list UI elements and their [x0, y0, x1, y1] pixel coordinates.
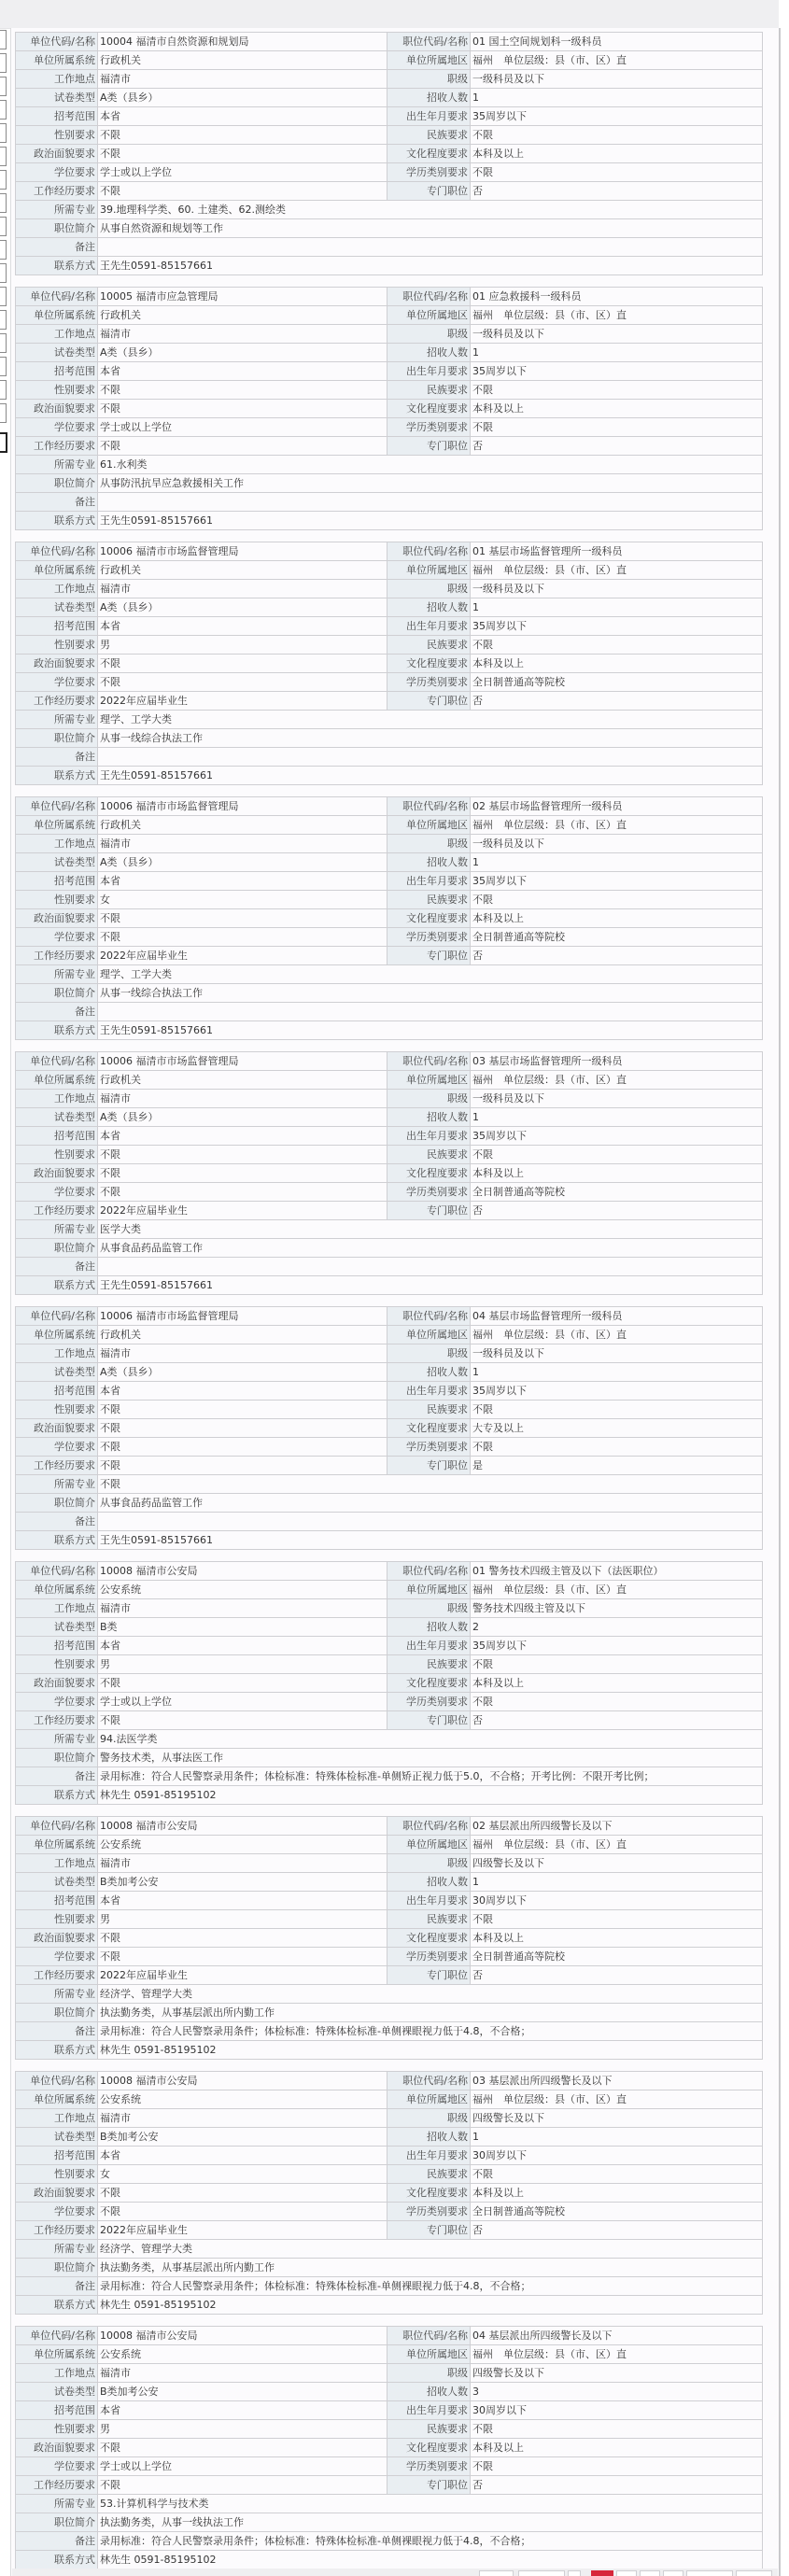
intro-value: 从事一线综合执法工作 — [98, 984, 763, 1003]
label-degree: 学位要求 — [16, 2203, 98, 2221]
label-position: 职位代码/名称 — [387, 2072, 471, 2090]
row-checkbox[interactable] — [0, 147, 7, 166]
label-location: 工作地点 — [16, 1599, 98, 1618]
label-education: 文化程度要求 — [387, 400, 471, 418]
page-button[interactable] — [663, 2570, 683, 2576]
row-checkbox[interactable] — [0, 100, 7, 120]
age-value: 35周岁以下 — [471, 1382, 763, 1401]
exam-type-value: A类（县乡） — [98, 344, 387, 362]
label-location: 工作地点 — [16, 580, 98, 598]
row-location-grade: 工作地点 福清市 职级 四级警长及以下 — [16, 2364, 763, 2383]
intro-value: 从事自然资源和规划等工作 — [98, 219, 763, 238]
edu-category-value: 全日制普通高等院校 — [471, 928, 763, 947]
degree-value: 学士或以上学位 — [98, 1693, 387, 1711]
row-checkbox[interactable] — [0, 193, 7, 213]
label-system: 单位所属系统 — [16, 1326, 98, 1344]
row-unit-position: 单位代码/名称 10006 福清市市场监督管理局 职位代码/名称 03 基层市场… — [16, 1052, 763, 1071]
position-value: 03 基层派出所四级警长及以下 — [471, 2072, 763, 2090]
label-political: 政治面貌要求 — [16, 1419, 98, 1438]
major-value: 理学、工学大类 — [98, 711, 763, 729]
label-unit: 单位代码/名称 — [16, 2327, 98, 2345]
label-special: 专门职位 — [387, 1966, 471, 1985]
ethnicity-value: 不限 — [471, 1655, 763, 1674]
region-value: 福州 单位层级：县（市、区）直 — [471, 1581, 763, 1599]
label-intro: 职位简介 — [16, 474, 98, 493]
row-exam-headcount: 试卷类型 B类加考公安 招收人数 1 — [16, 2128, 763, 2147]
system-value: 公安系统 — [98, 1836, 387, 1854]
label-major: 所需专业 — [16, 201, 98, 219]
label-age: 出生年月要求 — [387, 1637, 471, 1655]
headcount-value: 1 — [471, 89, 763, 107]
label-headcount: 招收人数 — [387, 344, 471, 362]
label-remark: 备注 — [16, 1003, 98, 1021]
label-degree: 学位要求 — [16, 1183, 98, 1202]
label-major: 所需专业 — [16, 1985, 98, 2004]
row-location-grade: 工作地点 福清市 职级 一级科员及以下 — [16, 580, 763, 598]
label-intro: 职位简介 — [16, 729, 98, 748]
region-value: 福州 单位层级：县（市、区）直 — [471, 561, 763, 580]
label-grade: 职级 — [387, 1344, 471, 1363]
row-system-region: 单位所属系统 行政机关 单位所属地区 福州 单位层级：县（市、区）直 — [16, 1071, 763, 1090]
label-major: 所需专业 — [16, 1220, 98, 1239]
row-remark: 备注 — [16, 493, 763, 512]
experience-value: 2022年应届毕业生 — [98, 947, 387, 965]
row-checkbox[interactable] — [0, 53, 7, 73]
special-value: 否 — [471, 1711, 763, 1730]
label-grade: 职级 — [387, 1090, 471, 1108]
position-value: 01 警务技术四级主管及以下（法医职位） — [471, 1562, 763, 1581]
row-major: 所需专业 经济学、管理学大类 — [16, 1985, 763, 2004]
degree-value: 不限 — [98, 1948, 387, 1966]
label-exam-type: 试卷类型 — [16, 1873, 98, 1892]
remark-value — [98, 1258, 763, 1276]
remark-value: 录用标准：符合人民警察录用条件；体检标准：特殊体检标准-单侧裸眼视力低于4.8，… — [98, 2532, 763, 2551]
special-value: 否 — [471, 1202, 763, 1220]
label-intro: 职位简介 — [16, 2004, 98, 2022]
row-political-education: 政治面貌要求 不限 文化程度要求 本科及以上 — [16, 1929, 763, 1948]
row-political-education: 政治面貌要求 不限 文化程度要求 本科及以上 — [16, 1164, 763, 1183]
row-political-education: 政治面貌要求 不限 文化程度要求 大专及以上 — [16, 1419, 763, 1438]
label-headcount: 招收人数 — [387, 1108, 471, 1127]
label-degree: 学位要求 — [16, 1948, 98, 1966]
edu-category-value: 全日制普通高等院校 — [471, 1183, 763, 1202]
label-position: 职位代码/名称 — [387, 542, 471, 561]
remark-value — [98, 493, 763, 512]
row-checkbox[interactable] — [0, 380, 7, 400]
label-position: 职位代码/名称 — [387, 1817, 471, 1836]
label-edu-category: 学历类别要求 — [387, 163, 471, 182]
intro-value: 执法勤务类，从事一线执法工作 — [98, 2513, 763, 2532]
remark-value: 录用标准：符合人民警察录用条件；体检标准：特殊体检标准-单侧裸眼视力低于4.8，… — [98, 2277, 763, 2296]
scope-value: 本省 — [98, 1382, 387, 1401]
position-value: 04 基层派出所四级警长及以下 — [471, 2327, 763, 2345]
row-checkbox[interactable] — [0, 357, 7, 376]
political-value: 不限 — [98, 2439, 387, 2457]
intro-value: 警务技术类，从事法医工作 — [98, 1749, 763, 1767]
row-gender-ethnicity: 性别要求 不限 民族要求 不限 — [16, 1146, 763, 1164]
label-remark: 备注 — [16, 238, 98, 257]
row-checkbox[interactable] — [0, 403, 7, 423]
ethnicity-value: 不限 — [471, 2165, 763, 2184]
label-major: 所需专业 — [16, 1730, 98, 1749]
ethnicity-value: 不限 — [471, 1910, 763, 1929]
row-experience-special: 工作经历要求 2022年应届毕业生 专门职位 否 — [16, 1202, 763, 1220]
unit-value: 10006 福清市市场监督管理局 — [98, 542, 387, 561]
row-remark: 备注 — [16, 1258, 763, 1276]
label-experience: 工作经历要求 — [16, 1711, 98, 1730]
position-record-table: 单位代码/名称 10004 福清市自然资源和规划局 职位代码/名称 01 国土空… — [15, 32, 763, 275]
pagination-bar — [12, 2569, 778, 2576]
contact-value: 林先生 0591-85195102 — [98, 2296, 763, 2315]
row-unit-position: 单位代码/名称 10008 福清市公安局 职位代码/名称 04 基层派出所四级警… — [16, 2327, 763, 2345]
next-page-button[interactable] — [686, 2570, 733, 2576]
row-checkbox[interactable] — [0, 170, 7, 190]
contact-value: 林先生 0591-85195102 — [98, 1786, 763, 1805]
page-button[interactable] — [640, 2570, 660, 2576]
label-edu-category: 学历类别要求 — [387, 1693, 471, 1711]
row-major: 所需专业 不限 — [16, 1475, 763, 1494]
row-checkbox[interactable] — [0, 263, 7, 283]
gender-value: 男 — [98, 1655, 387, 1674]
unit-value: 10004 福清市自然资源和规划局 — [98, 33, 387, 51]
label-scope: 招考范围 — [16, 1127, 98, 1146]
row-major: 所需专业 61.水利类 — [16, 456, 763, 474]
label-age: 出生年月要求 — [387, 2401, 471, 2420]
experience-value: 不限 — [98, 437, 387, 456]
row-major: 所需专业 医学大类 — [16, 1220, 763, 1239]
label-location: 工作地点 — [16, 1854, 98, 1873]
label-grade: 职级 — [387, 835, 471, 853]
label-age: 出生年月要求 — [387, 362, 471, 381]
row-contact: 联系方式 王先生0591-85157661 — [16, 1021, 763, 1040]
row-intro: 职位简介 从事防汛抗旱应急救援相关工作 — [16, 474, 763, 493]
edu-category-value: 全日制普通高等院校 — [471, 2203, 763, 2221]
row-system-region: 单位所属系统 公安系统 单位所属地区 福州 单位层级：县（市、区）直 — [16, 2090, 763, 2109]
row-intro: 职位简介 从事一线综合执法工作 — [16, 729, 763, 748]
major-value: 经济学、管理学大类 — [98, 1985, 763, 2004]
location-value: 福清市 — [98, 1854, 387, 1873]
experience-value: 不限 — [98, 1457, 387, 1475]
row-checkbox[interactable] — [0, 30, 7, 49]
current-page-button[interactable] — [591, 2570, 613, 2576]
contact-value: 林先生 0591-85195102 — [98, 2041, 763, 2060]
label-headcount: 招收人数 — [387, 1873, 471, 1892]
label-unit: 单位代码/名称 — [16, 1562, 98, 1581]
label-grade: 职级 — [387, 1854, 471, 1873]
page-button[interactable] — [568, 2570, 581, 2576]
label-unit: 单位代码/名称 — [16, 1052, 98, 1071]
row-unit-position: 单位代码/名称 10008 福清市公安局 职位代码/名称 01 警务技术四级主管… — [16, 1562, 763, 1581]
row-exam-headcount: 试卷类型 A类（县乡） 招收人数 1 — [16, 598, 763, 617]
label-age: 出生年月要求 — [387, 1892, 471, 1910]
major-value: 94.法医学类 — [98, 1730, 763, 1749]
major-value: 理学、工学大类 — [98, 965, 763, 984]
ethnicity-value: 不限 — [471, 381, 763, 400]
edu-category-value: 不限 — [471, 2457, 763, 2476]
label-age: 出生年月要求 — [387, 1127, 471, 1146]
row-scope-age: 招考范围 本省 出生年月要求 35周岁以下 — [16, 1382, 763, 1401]
row-degree-category: 学位要求 不限 学历类别要求 全日制普通高等院校 — [16, 1183, 763, 1202]
headcount-value: 1 — [471, 1873, 763, 1892]
label-contact: 联系方式 — [16, 1786, 98, 1805]
exam-type-value: A类（县乡） — [98, 598, 387, 617]
label-special: 专门职位 — [387, 1457, 471, 1475]
label-headcount: 招收人数 — [387, 2128, 471, 2147]
gender-value: 男 — [98, 636, 387, 655]
row-scope-age: 招考范围 本省 出生年月要求 30周岁以下 — [16, 2401, 763, 2420]
grade-value: 警务技术四级主管及以下 — [471, 1599, 763, 1618]
system-value: 公安系统 — [98, 2345, 387, 2364]
political-value: 不限 — [98, 1164, 387, 1183]
experience-value: 2022年应届毕业生 — [98, 2221, 387, 2240]
row-political-education: 政治面貌要求 不限 文化程度要求 本科及以上 — [16, 1674, 763, 1693]
label-unit: 单位代码/名称 — [16, 288, 98, 306]
label-exam-type: 试卷类型 — [16, 853, 98, 872]
row-political-education: 政治面貌要求 不限 文化程度要求 本科及以上 — [16, 145, 763, 163]
prev-page-button[interactable] — [518, 2570, 565, 2576]
label-gender: 性别要求 — [16, 381, 98, 400]
label-scope: 招考范围 — [16, 2147, 98, 2165]
age-value: 35周岁以下 — [471, 872, 763, 891]
row-intro: 职位简介 从事一线综合执法工作 — [16, 984, 763, 1003]
label-grade: 职级 — [387, 325, 471, 344]
label-special: 专门职位 — [387, 1202, 471, 1220]
remark-value: 录用标准：符合人民警察录用条件；体检标准：特殊体检标准-单侧裸眼视力低于4.8，… — [98, 2022, 763, 2041]
label-location: 工作地点 — [16, 2109, 98, 2128]
gender-value: 女 — [98, 891, 387, 909]
scope-value: 本省 — [98, 1637, 387, 1655]
row-gender-ethnicity: 性别要求 男 民族要求 不限 — [16, 2420, 763, 2439]
label-ethnicity: 民族要求 — [387, 1655, 471, 1674]
row-degree-category: 学位要求 学士或以上学位 学历类别要求 不限 — [16, 163, 763, 182]
row-remark: 备注 录用标准：符合人民警察录用条件；体检标准：特殊体检标准-单侧裸眼视力低于4… — [16, 2277, 763, 2296]
label-major: 所需专业 — [16, 2495, 98, 2513]
major-value: 39.地理科学类、60. 土建类、62.测绘类 — [98, 201, 763, 219]
headcount-value: 1 — [471, 344, 763, 362]
row-degree-category: 学位要求 不限 学历类别要求 全日制普通高等院校 — [16, 1948, 763, 1966]
education-value: 本科及以上 — [471, 1929, 763, 1948]
row-major: 所需专业 94.法医学类 — [16, 1730, 763, 1749]
scope-value: 本省 — [98, 872, 387, 891]
label-exam-type: 试卷类型 — [16, 344, 98, 362]
label-location: 工作地点 — [16, 2364, 98, 2383]
label-age: 出生年月要求 — [387, 617, 471, 636]
row-scope-age: 招考范围 本省 出生年月要求 35周岁以下 — [16, 617, 763, 636]
grade-value: 四级警长及以下 — [471, 1854, 763, 1873]
label-contact: 联系方式 — [16, 1531, 98, 1550]
label-ethnicity: 民族要求 — [387, 1910, 471, 1929]
label-education: 文化程度要求 — [387, 1929, 471, 1948]
row-exam-headcount: 试卷类型 A类（县乡） 招收人数 1 — [16, 1108, 763, 1127]
selected-row-box[interactable] — [0, 432, 7, 453]
left-checkbox-strip — [0, 30, 7, 457]
label-grade: 职级 — [387, 1599, 471, 1618]
scope-value: 本省 — [98, 1892, 387, 1910]
degree-value: 不限 — [98, 928, 387, 947]
row-intro: 职位简介 执法勤务类，从事基层派出所内勤工作 — [16, 2004, 763, 2022]
row-checkbox[interactable] — [0, 217, 7, 236]
region-value: 福州 单位层级：县（市、区）直 — [471, 2090, 763, 2109]
intro-value: 执法勤务类，从事基层派出所内勤工作 — [98, 2259, 763, 2277]
special-value: 否 — [471, 182, 763, 201]
political-value: 不限 — [98, 655, 387, 673]
unit-value: 10006 福清市市场监督管理局 — [98, 1052, 387, 1071]
label-political: 政治面貌要求 — [16, 2439, 98, 2457]
unit-value: 10006 福清市市场监督管理局 — [98, 797, 387, 816]
edu-category-value: 全日制普通高等院校 — [471, 673, 763, 692]
label-political: 政治面貌要求 — [16, 145, 98, 163]
label-age: 出生年月要求 — [387, 107, 471, 126]
label-grade: 职级 — [387, 580, 471, 598]
system-value: 行政机关 — [98, 1071, 387, 1090]
grade-value: 一级科员及以下 — [471, 580, 763, 598]
intro-value: 从事食品药品监管工作 — [98, 1239, 763, 1258]
label-region: 单位所属地区 — [387, 1836, 471, 1854]
grade-value: 一级科员及以下 — [471, 325, 763, 344]
label-location: 工作地点 — [16, 835, 98, 853]
label-grade: 职级 — [387, 2109, 471, 2128]
label-position: 职位代码/名称 — [387, 1307, 471, 1326]
row-system-region: 单位所属系统 行政机关 单位所属地区 福州 单位层级：县（市、区）直 — [16, 561, 763, 580]
row-checkbox[interactable] — [0, 240, 7, 260]
label-ethnicity: 民族要求 — [387, 1146, 471, 1164]
unit-value: 10008 福清市公安局 — [98, 1817, 387, 1836]
last-page-button[interactable] — [736, 2570, 772, 2576]
location-value: 福清市 — [98, 2109, 387, 2128]
label-region: 单位所属地区 — [387, 306, 471, 325]
row-exam-headcount: 试卷类型 A类（县乡） 招收人数 1 — [16, 853, 763, 872]
education-value: 本科及以上 — [471, 400, 763, 418]
label-unit: 单位代码/名称 — [16, 33, 98, 51]
label-system: 单位所属系统 — [16, 561, 98, 580]
label-intro: 职位简介 — [16, 219, 98, 238]
scope-value: 本省 — [98, 1127, 387, 1146]
special-value: 否 — [471, 2476, 763, 2495]
remark-value — [98, 238, 763, 257]
row-degree-category: 学位要求 学士或以上学位 学历类别要求 不限 — [16, 418, 763, 437]
label-age: 出生年月要求 — [387, 872, 471, 891]
label-scope: 招考范围 — [16, 362, 98, 381]
scope-value: 本省 — [98, 362, 387, 381]
label-gender: 性别要求 — [16, 126, 98, 145]
education-value: 本科及以上 — [471, 1674, 763, 1693]
label-remark: 备注 — [16, 2532, 98, 2551]
label-education: 文化程度要求 — [387, 909, 471, 928]
gender-value: 不限 — [98, 1146, 387, 1164]
major-value: 经济学、管理学大类 — [98, 2240, 763, 2259]
row-scope-age: 招考范围 本省 出生年月要求 30周岁以下 — [16, 2147, 763, 2165]
position-record-table: 单位代码/名称 10006 福清市市场监督管理局 职位代码/名称 03 基层市场… — [15, 1051, 763, 1295]
label-degree: 学位要求 — [16, 2457, 98, 2476]
row-intro: 职位简介 执法勤务类，从事基层派出所内勤工作 — [16, 2259, 763, 2277]
page-button[interactable] — [616, 2570, 637, 2576]
row-contact: 联系方式 林先生 0591-85195102 — [16, 2551, 763, 2569]
grade-value: 四级警长及以下 — [471, 2109, 763, 2128]
gender-value: 女 — [98, 2165, 387, 2184]
special-value: 否 — [471, 692, 763, 711]
row-checkbox[interactable] — [0, 310, 7, 330]
row-experience-special: 工作经历要求 不限 专门职位 是 — [16, 1457, 763, 1475]
headcount-value: 1 — [471, 853, 763, 872]
label-ethnicity: 民族要求 — [387, 636, 471, 655]
major-value: 61.水利类 — [98, 456, 763, 474]
age-value: 30周岁以下 — [471, 1892, 763, 1910]
intro-value: 执法勤务类，从事基层派出所内勤工作 — [98, 2004, 763, 2022]
label-edu-category: 学历类别要求 — [387, 1183, 471, 1202]
gender-value: 不限 — [98, 1401, 387, 1419]
label-region: 单位所属地区 — [387, 51, 471, 70]
row-contact: 联系方式 王先生0591-85157661 — [16, 1531, 763, 1550]
row-gender-ethnicity: 性别要求 不限 民族要求 不限 — [16, 381, 763, 400]
label-experience: 工作经历要求 — [16, 1202, 98, 1220]
label-intro: 职位简介 — [16, 1239, 98, 1258]
label-location: 工作地点 — [16, 1090, 98, 1108]
exam-type-value: B类加考公安 — [98, 1873, 387, 1892]
label-major: 所需专业 — [16, 711, 98, 729]
label-special: 专门职位 — [387, 692, 471, 711]
row-remark: 备注 录用标准：符合人民警察录用条件；体检标准：特殊体检标准-单侧裸眼视力低于4… — [16, 2022, 763, 2041]
system-value: 行政机关 — [98, 51, 387, 70]
contact-value: 王先生0591-85157661 — [98, 1276, 763, 1295]
label-region: 单位所属地区 — [387, 2345, 471, 2364]
age-value: 35周岁以下 — [471, 1637, 763, 1655]
position-record-table: 单位代码/名称 10008 福清市公安局 职位代码/名称 01 警务技术四级主管… — [15, 1561, 763, 1805]
label-major: 所需专业 — [16, 456, 98, 474]
label-education: 文化程度要求 — [387, 1674, 471, 1693]
row-experience-special: 工作经历要求 2022年应届毕业生 专门职位 否 — [16, 947, 763, 965]
scope-value: 本省 — [98, 107, 387, 126]
grade-value: 一级科员及以下 — [471, 1344, 763, 1363]
label-grade: 职级 — [387, 2364, 471, 2383]
age-value: 35周岁以下 — [471, 1127, 763, 1146]
label-gender: 性别要求 — [16, 2165, 98, 2184]
row-major: 所需专业 理学、工学大类 — [16, 965, 763, 984]
label-location: 工作地点 — [16, 70, 98, 89]
exam-type-value: B类加考公安 — [98, 2128, 387, 2147]
label-education: 文化程度要求 — [387, 655, 471, 673]
row-remark: 备注 录用标准：符合人民警察录用条件；体检标准：特殊体检标准-单侧裸眼视力低于4… — [16, 2532, 763, 2551]
row-system-region: 单位所属系统 行政机关 单位所属地区 福州 单位层级：县（市、区）直 — [16, 1326, 763, 1344]
row-scope-age: 招考范围 本省 出生年月要求 35周岁以下 — [16, 107, 763, 126]
row-checkbox[interactable] — [0, 77, 7, 96]
row-checkbox[interactable] — [0, 123, 7, 143]
position-record-table: 单位代码/名称 10006 福清市市场监督管理局 职位代码/名称 01 基层市场… — [15, 542, 763, 785]
label-region: 单位所属地区 — [387, 1071, 471, 1090]
label-exam-type: 试卷类型 — [16, 2128, 98, 2147]
education-value: 本科及以上 — [471, 2439, 763, 2457]
position-record-table: 单位代码/名称 10008 福清市公安局 职位代码/名称 02 基层派出所四级警… — [15, 1816, 763, 2060]
grade-value: 四级警长及以下 — [471, 2364, 763, 2383]
label-education: 文化程度要求 — [387, 1164, 471, 1183]
location-value: 福清市 — [98, 2364, 387, 2383]
row-contact: 联系方式 林先生 0591-85195102 — [16, 1786, 763, 1805]
row-intro: 职位简介 从事自然资源和规划等工作 — [16, 219, 763, 238]
label-intro: 职位简介 — [16, 1494, 98, 1513]
row-experience-special: 工作经历要求 2022年应届毕业生 专门职位 否 — [16, 692, 763, 711]
row-location-grade: 工作地点 福清市 职级 一级科员及以下 — [16, 835, 763, 853]
label-scope: 招考范围 — [16, 872, 98, 891]
row-checkbox[interactable] — [0, 333, 7, 353]
row-experience-special: 工作经历要求 不限 专门职位 否 — [16, 182, 763, 201]
contact-value: 王先生0591-85157661 — [98, 1531, 763, 1550]
row-system-region: 单位所属系统 行政机关 单位所属地区 福州 单位层级：县（市、区）直 — [16, 816, 763, 835]
first-page-button[interactable] — [479, 2570, 514, 2576]
row-checkbox[interactable] — [0, 287, 7, 306]
label-special: 专门职位 — [387, 947, 471, 965]
label-political: 政治面貌要求 — [16, 1929, 98, 1948]
label-degree: 学位要求 — [16, 418, 98, 437]
label-region: 单位所属地区 — [387, 1581, 471, 1599]
